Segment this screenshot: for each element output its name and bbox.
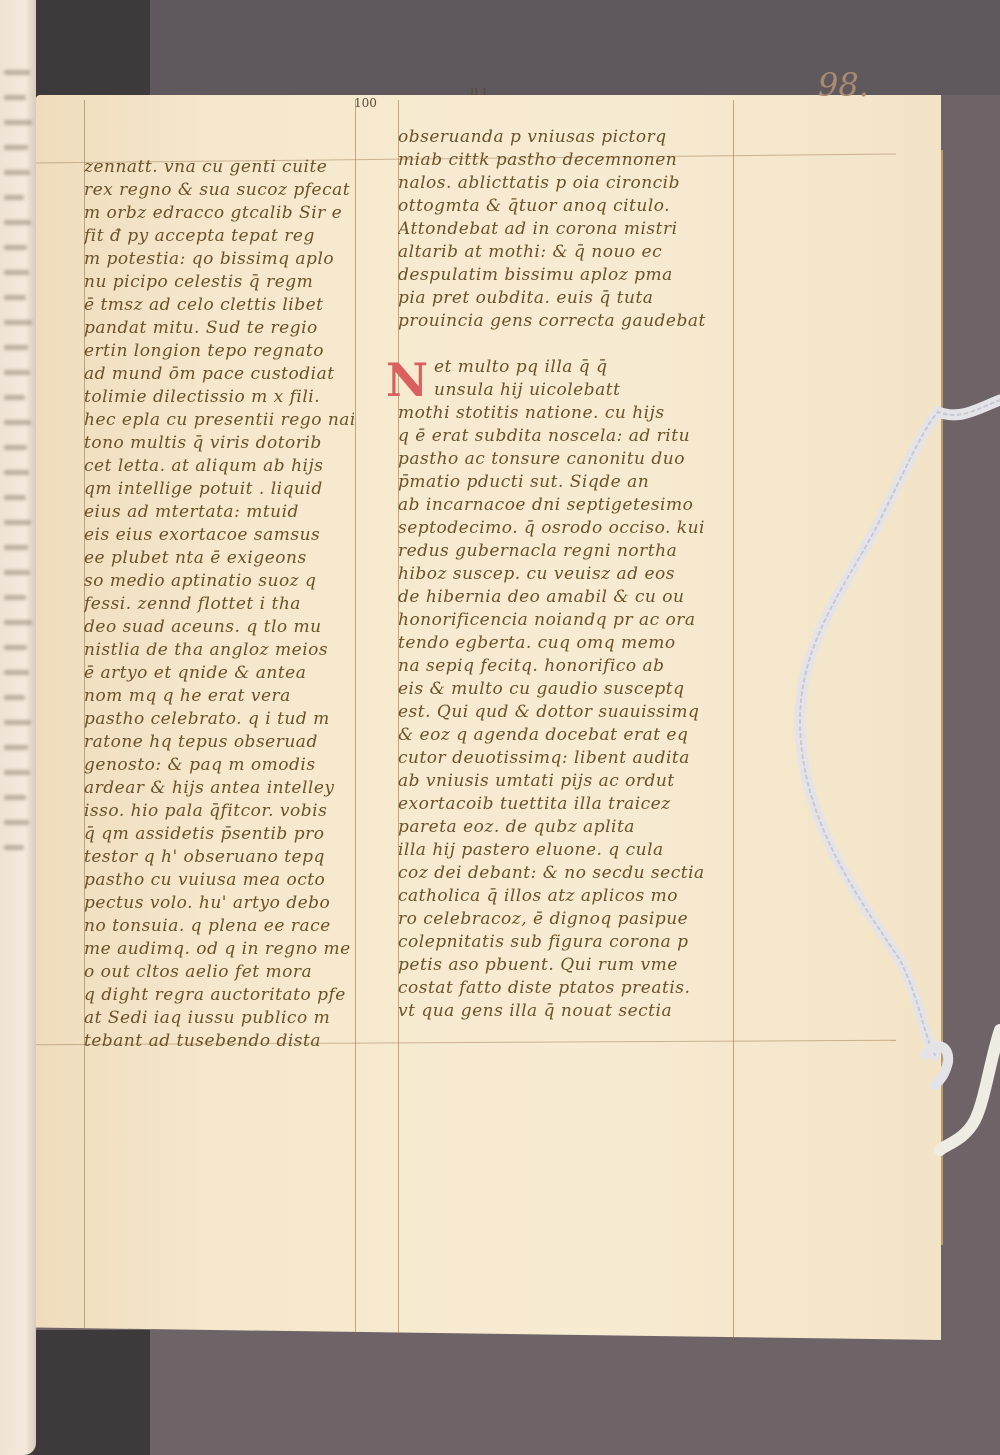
text-line: m potestia: qo bissimq aplo	[84, 247, 354, 271]
text-line: pia pret oubdita. euis q̄ tuta	[398, 286, 728, 310]
facing-page-edge	[0, 0, 36, 1455]
text-line: fit đ py accepta tepat reg	[84, 224, 354, 248]
text-line: ab incarnacoe dni septigetesimo	[398, 493, 728, 517]
text-line: colepnitatis sub figura corona p	[398, 930, 728, 954]
text-line: tebant ad tusebendo dista	[84, 1029, 354, 1053]
top-left-number: 100	[354, 96, 377, 110]
text-line: exortacoib tuettita illa traicez	[398, 792, 728, 816]
text-line: obseruanda p vniusas pictorq	[398, 125, 728, 149]
text-line: so medio aptinatio suoz q	[84, 569, 354, 593]
text-line: nom mq q he erat vera	[84, 684, 354, 708]
text-line: nalos. ablicttatis p oia cironcib	[398, 171, 728, 195]
text-line: q dight regra auctoritato pfe	[84, 983, 354, 1007]
text-line: pareta eoz. de qubz aplita	[398, 815, 728, 839]
text-line: pastho cu vuiusa mea octo	[84, 868, 354, 892]
text-line: vt qua gens illa q̄ nouat sectia	[398, 999, 728, 1023]
text-line: ee plubet nta ē exigeons	[84, 546, 354, 570]
text-line: catholica q̄ illos atz aplicos mo	[398, 884, 728, 908]
text-line: hiboz suscep. cu veuisz ad eos	[398, 562, 728, 586]
text-line: deo suad aceuns. q tlo mu	[84, 615, 354, 639]
text-line: redus gubernacla regni northa	[398, 539, 728, 563]
text-line: unsula hij uicolebatt	[434, 378, 728, 402]
text-line: at Sedi iaq iussu publico m	[84, 1006, 354, 1030]
text-line: Attondebat ad in corona mistri	[398, 217, 728, 241]
text-line: et multo pq illa q̄ q̄	[434, 355, 728, 379]
text-line: isso. hio pala q̄fitcor. vobis	[84, 799, 354, 823]
text-line: miab cittk pastho decemnonen	[398, 148, 728, 172]
text-line: & eoz q agenda docebat erat eq	[398, 723, 728, 747]
left-column: zennatt. vna cu genti cuite rex regno & …	[84, 155, 364, 1035]
text-line: p̄matio pducti sut. Siqde an	[398, 470, 728, 494]
top-center-mark: ıı ı	[470, 84, 487, 99]
text-line: petis aso pbuent. Qui rum vme	[398, 953, 728, 977]
text-line: rex regno & sua sucoz pfecat	[84, 178, 354, 202]
text-line: illa hij pastero eluone. q cula	[398, 838, 728, 862]
text-line: ē tmsz ad celo clettis libet	[84, 293, 354, 317]
text-line: tolimie dilectissio m x fili.	[84, 385, 354, 409]
text-line: ē artyo et qnide & antea	[84, 661, 354, 685]
text-line: pastho celebrato. q i tud m	[84, 707, 354, 731]
text-line: ab vniusis umtati pijs ac ordut	[398, 769, 728, 793]
text-line: ro celebracoz, ē dignoq pasipue	[398, 907, 728, 931]
text-line: cutor deuotissimq: libent audita	[398, 746, 728, 770]
text-line: m orbz edracco gtcalib Sir e	[84, 201, 354, 225]
text-line: genosto: & paq m omodis	[84, 753, 354, 777]
text-line: prouincia gens correcta gaudebat	[398, 309, 728, 333]
rubricated-initial: N	[386, 358, 426, 402]
text-line: eis & multo cu gaudio susceptq	[398, 677, 728, 701]
text-line: ad mund ōm pace custodiat	[84, 362, 354, 386]
text-line: no tonsuia. q plena ee race	[84, 914, 354, 938]
text-line: nistlia de tha angloz meios	[84, 638, 354, 662]
text-line: pandat mitu. Sud te regio	[84, 316, 354, 340]
text-line: q ē erat subdita noscela: ad ritu	[398, 424, 728, 448]
text-line: eis eius exortacoe samsus	[84, 523, 354, 547]
right-column: obseruanda p vniusas pictorq miab cittk …	[398, 125, 738, 1045]
text-line: me audimq. od q in regno me	[84, 937, 354, 961]
text-line: tono multis q̄ viris dotorib	[84, 431, 354, 455]
text-line: despulatim bissimu aploz pma	[398, 263, 728, 287]
text-line: ertin longion tepo regnato	[84, 339, 354, 363]
text-line: honorificencia noiandq pr ac ora	[398, 608, 728, 632]
text-line: qm intellige potuit . liquid	[84, 477, 354, 501]
text-line: ottogmta & q̄tuor anoq citulo.	[398, 194, 728, 218]
text-line: pastho ac tonsure canonitu duo	[398, 447, 728, 471]
text-line: ratone hq tepus obseruad	[84, 730, 354, 754]
text-line: fessi. zennd flottet i tha	[84, 592, 354, 616]
text-line: cet letta. at aliqum ab hijs	[84, 454, 354, 478]
text-line: altarib at mothi: & q̄ nouo ec	[398, 240, 728, 264]
text-line: septodecimo. q̄ osrodo occiso. kui	[398, 516, 728, 540]
text-line: mothi stotitis natione. cu hijs	[398, 401, 728, 425]
text-line: testor q h' obseruano tepq	[84, 845, 354, 869]
text-line: pectus volo. hu' artyo debo	[84, 891, 354, 915]
text-line: q̄ qm assidetis p̄sentib pro	[84, 822, 354, 846]
foam-support-top	[30, 0, 150, 100]
text-line: nu picipo celestis q̄ regm	[84, 270, 354, 294]
text-line: costat fatto diste ptatos preatis.	[398, 976, 728, 1000]
text-line: tendo egberta. cuq omq memo	[398, 631, 728, 655]
text-line: o out cltos aelio fet mora	[84, 960, 354, 984]
folio-number: 98.	[818, 66, 869, 104]
text-line: hec epla cu presentii rego nai	[84, 408, 354, 432]
text-line: de hibernia deo amabil & cu ou	[398, 585, 728, 609]
text-line: zennatt. vna cu genti cuite	[84, 155, 354, 179]
text-line: eius ad mtertata: mtuid	[84, 500, 354, 524]
text-line: ardear & hijs antea intelley	[84, 776, 354, 800]
text-line: na sepiq fecitq. honorifico ab	[398, 654, 728, 678]
text-line: est. Qui qud & dottor suauissimq	[398, 700, 728, 724]
text-line: coz dei debant: & no secdu sectia	[398, 861, 728, 885]
